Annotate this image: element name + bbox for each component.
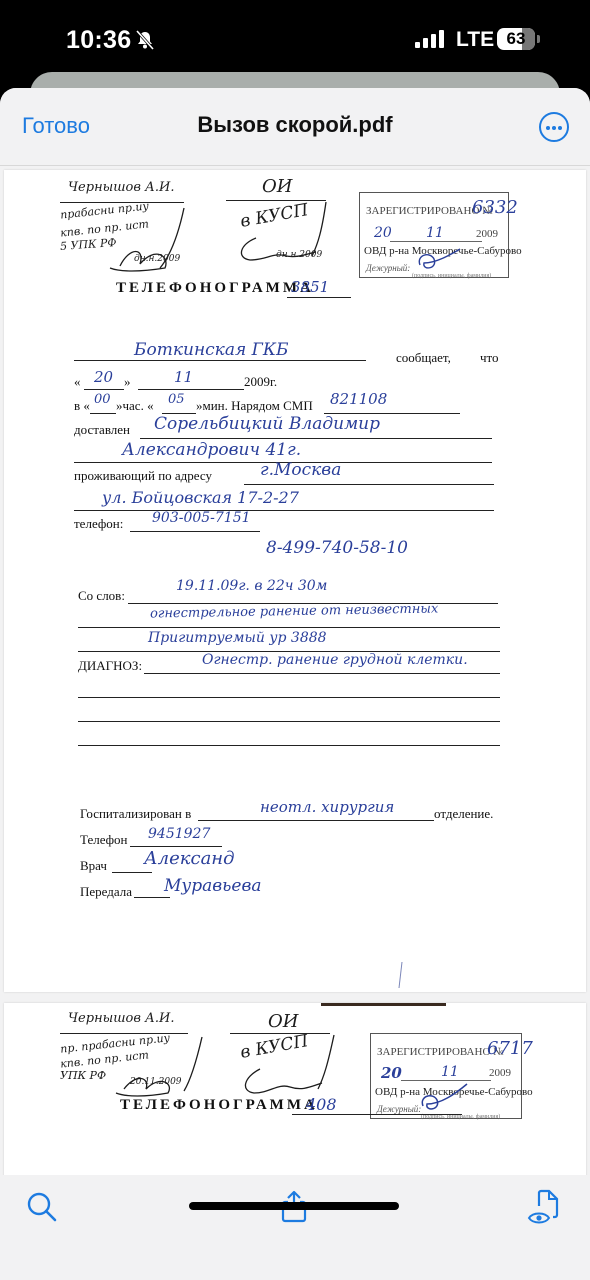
pdf-page-1[interactable]: Чернышов А.И. прабасни пр.иу кпв. по пр.… [4,170,586,992]
underline [130,531,260,532]
pen-mark [396,960,406,990]
address-label: проживающий по адресу [74,468,212,484]
hosp-phone-label: Телефон [80,832,128,848]
date-quote-open: « [74,374,81,390]
pdf-preview-sheet: Готово Вызов скорой.pdf Чернышов А.И. пр… [0,88,590,1280]
scan-edge-mark [321,1003,446,1006]
underline [130,846,222,847]
underline [74,360,366,361]
diagnosis-value: Огнестр. ранение грудной клетки. [202,652,468,668]
underline [401,1080,491,1081]
underline [78,697,500,698]
delivered-label: доставлен [74,422,130,438]
date-day: 20 [94,368,113,386]
underline [78,627,500,628]
signature-date-note: 20.11.2009 [130,1077,182,1087]
underline [138,389,244,390]
date-quote-close: » [124,374,131,390]
underline [292,1114,462,1115]
underline [84,389,124,390]
reporter-value: Боткинская ГКБ [134,340,289,360]
stamp-day: 20 [374,225,392,241]
phone-label: телефон: [74,516,123,532]
cellular-signal-icon [415,30,444,48]
reports-label: сообщает, [396,350,451,366]
underline [390,241,482,242]
battery-icon: 63 [497,28,535,50]
words-line2: огнестрельное ранение от неизвестных [150,601,439,621]
hosp-phone-value: 9451927 [148,826,210,842]
search-icon[interactable] [24,1189,60,1225]
home-indicator[interactable] [189,1202,399,1210]
registration-stamp: ЗАРЕГИСТРИРОВАНО № 6332 20 11 2009 ОВД р… [359,192,509,278]
sent-by-value: Муравьева [164,876,262,896]
stamp-signature [410,245,470,275]
words-line1: 19.11.09г. в 22ч 30м [176,578,327,594]
resolution-line: Чернышов А.И. [68,1011,175,1026]
sent-by-label: Передала [80,884,132,900]
registration-stamp: ЗАРЕГИСТРИРОВАНО № 6717 20 11 2009 ОВД р… [370,1033,522,1119]
stamp-registered-no: 6717 [487,1038,533,1059]
stamp-signature [415,1082,475,1116]
underline [140,438,492,439]
hours-label: »час. « [116,398,154,414]
stamp-day: 20 [381,1064,402,1082]
resolution-line: Чернышов А.И. [68,180,175,195]
signature-scribble [230,1033,340,1103]
stamp-month: 11 [441,1064,459,1080]
time-hours: 00 [94,392,111,407]
stamp-registered-label: ЗАРЕГИСТРИРОВАНО № [377,1046,504,1058]
time-prefix: в « [74,398,90,414]
network-type: LTE [456,28,494,52]
underline [198,820,434,821]
patient-name-line1: Сорельбицкий Владимир [154,414,380,434]
battery-nub [537,35,540,43]
bell-slash-icon [134,29,156,51]
department-suffix: отделение. [434,806,493,822]
status-bar: 10:36 LTE 63 [0,0,590,78]
department-value: неотл. хирургия [260,798,394,816]
signature-date-note: дн.н.2009 [276,250,322,260]
time-minutes: 05 [168,392,185,407]
underline [78,721,500,722]
signature-scribble [104,1033,224,1103]
crew-number: 821108 [330,390,387,408]
underline [78,745,500,746]
stamp-registered-no: 6332 [472,197,518,218]
diagnosis-label: ДИАГНОЗ: [78,658,142,674]
address-line1: г.Москва [260,460,341,480]
document-heading: ТЕЛЕФОНОГРАММА [116,280,314,297]
resolution-initials: ОИ [268,1011,298,1032]
stamp-duty-label: Дежурный: [366,263,410,273]
telephonogram-number: 3851 [291,278,329,296]
underline [244,484,494,485]
battery-percent: 63 [497,29,535,49]
underline [90,413,116,414]
bottom-toolbar [0,1175,590,1280]
document-eye-icon[interactable] [527,1189,563,1225]
stamp-year: 2009 [489,1067,511,1079]
signature-date-note: дн.н.2009 [134,254,180,264]
resolution-initials: ОИ [262,176,292,197]
telephonogram-number: 408 [306,1095,337,1114]
doctor-value: Александ [144,848,235,869]
ellipsis-circle-icon[interactable] [539,112,569,142]
underline [112,872,152,873]
doctor-label: Врач [80,858,107,874]
date-year: 2009г. [244,374,277,390]
minutes-label: »мин. Нарядом СМП [196,398,313,414]
that-label: что [480,350,499,366]
words-label: Со слов: [78,588,125,604]
phone-2: 8-499-740-58-10 [266,538,408,558]
hospitalized-label: Госпитализирован в [80,806,191,822]
patient-name-line2: Александрович 41г. [122,440,301,460]
underline [287,297,351,298]
document-title: Вызов скорой.pdf [0,112,590,138]
date-month: 11 [174,368,193,386]
resolution-line: УПК РФ [60,1069,106,1082]
underline [74,510,494,511]
stamp-month: 11 [426,225,444,241]
document-heading: ТЕЛЕФОНОГРАММА [120,1097,318,1114]
underline [144,673,500,674]
status-time: 10:36 [66,26,131,55]
words-line3: Пригитруемый ур 3888 [148,630,327,646]
nav-bar: Готово Вызов скорой.pdf [0,88,590,166]
address-line2: ул. Бойцовская 17-2-27 [102,488,299,507]
phone-1: 903-005-7151 [152,510,251,526]
underline [134,897,170,898]
stamp-year: 2009 [476,228,498,240]
signature-scribble [100,206,220,276]
